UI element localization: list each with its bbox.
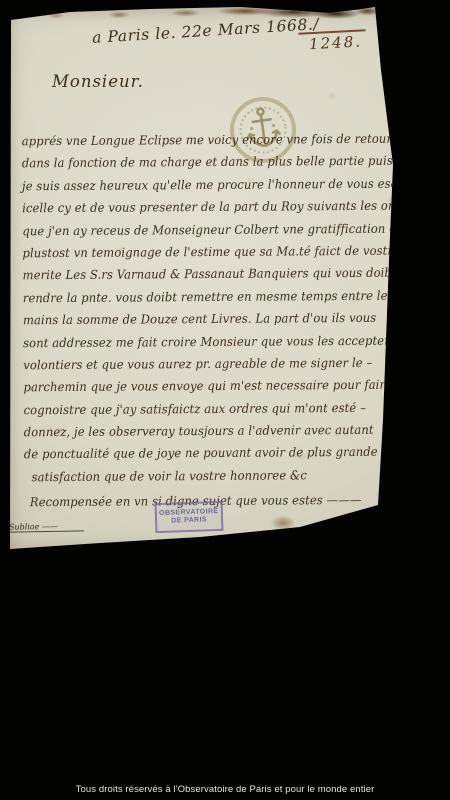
marginal-annotation: Subliae —— xyxy=(9,521,84,532)
archive-number: 1248. xyxy=(298,29,366,53)
copyright-caption: Tous droits réservés à l'Observatoire de… xyxy=(0,784,450,795)
letter-line: plustost vn temoignage de l'estime que s… xyxy=(22,244,372,269)
letter-line: mains la somme de Douze cent Livres. La … xyxy=(23,311,373,336)
letter-line: donnez, je les observeray tousjours a l'… xyxy=(24,423,374,448)
letter-paper: a Paris le. 22e Mars 1668./ 1248. Monsie… xyxy=(0,0,450,565)
letter-line: cognoistre que j'ay satisfaictz aux ordr… xyxy=(24,401,374,426)
letter-line: sont addressez me fait croire Monsieur q… xyxy=(23,333,373,358)
letter-line: rendre la pnte. vous doibt remettre en m… xyxy=(23,289,373,314)
observatory-stamp: OBSERVATOIRE DE PARIS xyxy=(154,501,223,533)
scanned-letter-photo: a Paris le. 22e Mars 1668./ 1248. Monsie… xyxy=(0,0,450,800)
letter-line: dans la fonction de ma charge et dans la… xyxy=(22,154,372,179)
letter-line: parchemin que je vous envoye qui m'est n… xyxy=(23,378,373,403)
letter-line: icelle cy et de vous presenter de la par… xyxy=(22,199,372,224)
letter-line: que j'en ay receus de Monseigneur Colber… xyxy=(22,221,372,246)
stamp-line-2: DE PARIS xyxy=(171,516,207,526)
letter-line: je suis assez heureux qu'elle me procure… xyxy=(22,177,372,202)
letter-line: satisfaction que de voir la vostre honno… xyxy=(24,468,374,495)
letter-body: apprés vne Longue Eclipse me voicy encor… xyxy=(22,132,397,520)
burn-marks-top-edge xyxy=(28,4,378,22)
salutation: Monsieur. xyxy=(52,72,144,91)
letter-line: merite Les S.rs Varnaud & Passanaut Banq… xyxy=(23,266,373,291)
letter-line: volontiers et que vous aurez pr. agreabl… xyxy=(23,356,373,381)
letter-line: apprés vne Longue Eclipse me voicy encor… xyxy=(22,132,372,157)
letter-line: de ponctualité que de joye ne pouvant av… xyxy=(24,445,374,470)
